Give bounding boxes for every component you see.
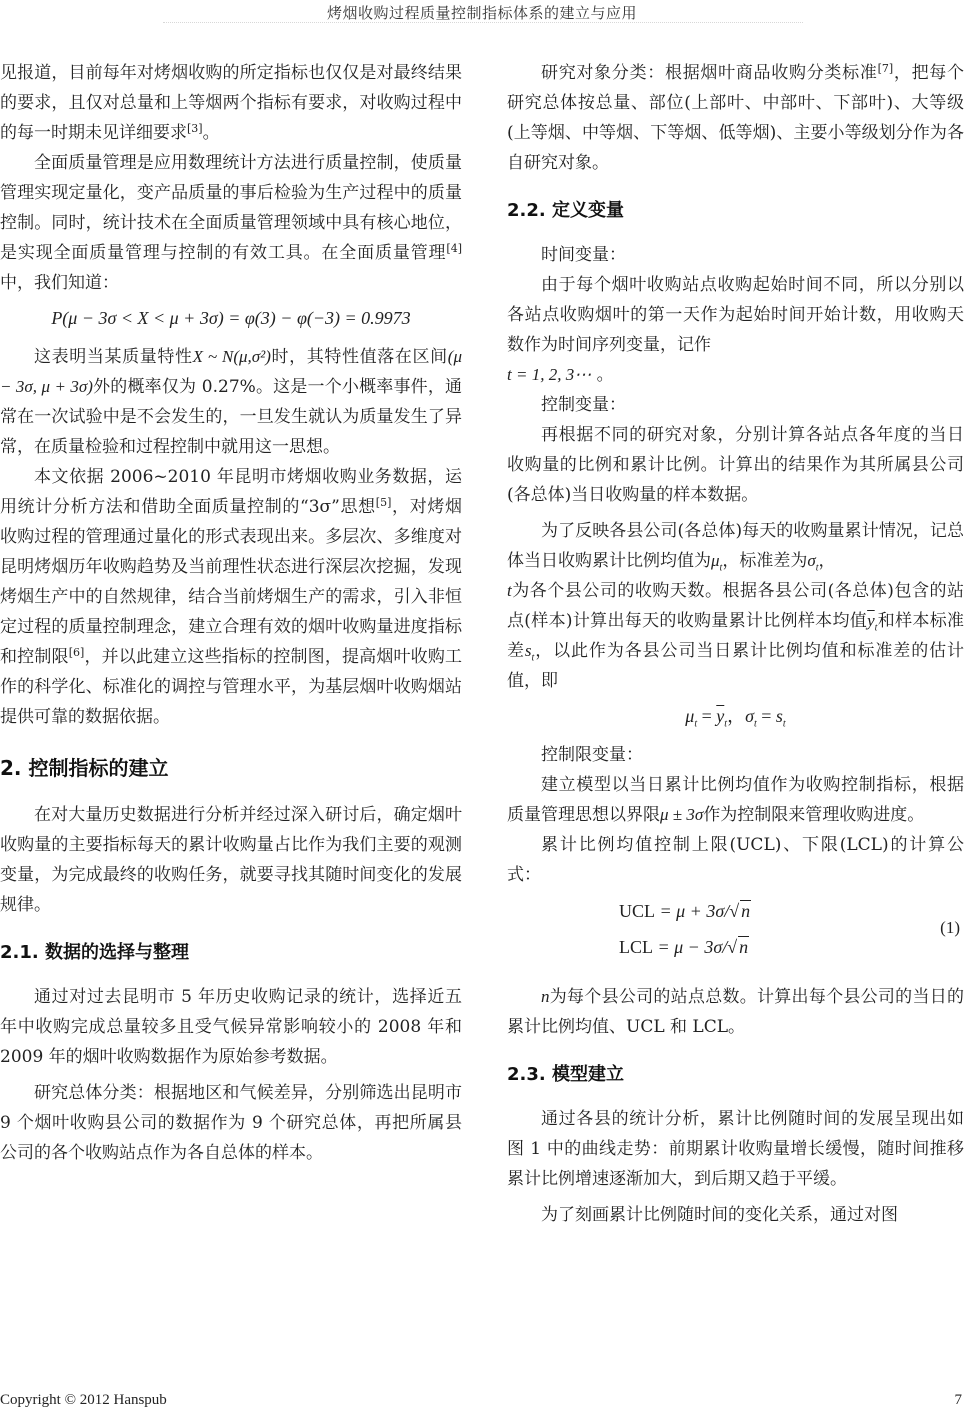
ucl-expression: = μ + 3σ/ bbox=[655, 901, 729, 921]
inline-math: X ~ N(μ,σ²) bbox=[193, 347, 271, 366]
equation-number: (1) bbox=[940, 918, 960, 938]
equation-estimates: μt = yt，σt = st bbox=[507, 698, 964, 734]
math-symbol: y bbox=[867, 611, 875, 630]
citation[interactable]: [5] bbox=[376, 496, 392, 509]
paragraph-text: 由于每个烟叶收购站点收购起始时间不同，所以分别以各站点收购烟叶的第一天作为起始时… bbox=[507, 275, 964, 355]
paragraph: 为了反映各县公司(各总体)每天的收购量累计情况，记总体当日收购累计比例均值为μt… bbox=[507, 516, 964, 696]
right-column: 研究对象分类：根据烟叶商品收购分类标准[7]，把每个研究总体按总量、部位(上部叶… bbox=[507, 58, 964, 1230]
label-control-variable: 控制变量： bbox=[507, 390, 964, 420]
citation[interactable]: [6] bbox=[69, 646, 85, 659]
math-operator: = bbox=[697, 706, 716, 726]
citation[interactable]: [4] bbox=[446, 242, 462, 255]
math-symbol: s bbox=[776, 706, 783, 726]
paragraph-text: 。 bbox=[591, 365, 613, 385]
left-column: 见报道，目前每年对烤烟收购的所定指标也仅仅是对最终结果的要求，且仅对总量和上等烟… bbox=[0, 58, 462, 1168]
equation-ucl: UCL = μ + 3σ/√n bbox=[619, 900, 751, 922]
equation-probability: P(μ − 3σ < X < μ + 3σ) = φ(3) − φ(−3) = … bbox=[0, 300, 462, 336]
math-symbol: μ bbox=[685, 706, 694, 726]
math-symbol: μ bbox=[711, 551, 720, 570]
math-symbol: σ bbox=[745, 706, 754, 726]
inline-math: μ ± 3σ bbox=[660, 805, 703, 824]
paragraph: 研究对象分类：根据烟叶商品收购分类标准[7]，把每个研究总体按总量、部位(上部叶… bbox=[507, 58, 964, 178]
equation-lcl: LCL = μ − 3σ/√n bbox=[619, 936, 749, 958]
sqrt-icon: √ bbox=[729, 901, 739, 921]
subsection-heading: 2.3. 模型建立 bbox=[507, 1062, 964, 1088]
paragraph: 见报道，目前每年对烤烟收购的所定指标也仅仅是对最终结果的要求，且仅对总量和上等烟… bbox=[0, 58, 462, 148]
paragraph: 为了刻画累计比例随时间的变化关系，通过对图 bbox=[507, 1200, 964, 1230]
paragraph-text: 作为控制限来管理收购进度。 bbox=[703, 805, 924, 825]
sqrt-radicand: n bbox=[738, 936, 749, 958]
paragraph-text: 研究对象分类：根据烟叶商品收购分类标准 bbox=[541, 63, 878, 83]
paragraph-text: ， bbox=[819, 551, 836, 571]
paragraph-text: 这表明当某质量特性 bbox=[34, 347, 193, 367]
citation[interactable]: [7] bbox=[878, 62, 894, 75]
lcl-label: LCL bbox=[619, 937, 653, 957]
paragraph-text: 见报道，目前每年对烤烟收购的所定指标也仅仅是对最终结果的要求，且仅对总量和上等烟… bbox=[0, 63, 462, 143]
paragraph: 研究总体分类：根据地区和气候差异，分别筛选出昆明市 9 个烟叶收购县公司的数据作… bbox=[0, 1078, 462, 1168]
paragraph-text: 全面质量管理是应用数理统计方法进行质量控制，使质量管理实现定量化，变产品质量的事… bbox=[0, 153, 462, 263]
lcl-expression: = μ − 3σ/ bbox=[653, 937, 727, 957]
paragraph: 由于每个烟叶收购站点收购起始时间不同，所以分别以各站点收购烟叶的第一天作为起始时… bbox=[507, 270, 964, 390]
paragraph-text: ，标准差为 bbox=[722, 551, 807, 571]
sqrt-icon: √ bbox=[727, 937, 737, 957]
math-symbol: s bbox=[525, 641, 532, 660]
paragraph-text: 。 bbox=[203, 123, 220, 143]
header-rule bbox=[163, 22, 803, 23]
paragraph-text: ，并以此建立这些指标的控制图，提高烟叶收购工作的科学化、标准化的调控与管理水平，… bbox=[0, 647, 462, 727]
page-number: 7 bbox=[955, 1392, 963, 1409]
inline-math: t = 1, 2, 3⋯ bbox=[507, 365, 591, 384]
paragraph: 建立模型以当日累计比例均值作为收购控制指标，根据质量管理思想以界限μ ± 3σ作… bbox=[507, 770, 964, 830]
subsection-heading: 2.1. 数据的选择与整理 bbox=[0, 940, 462, 966]
math-subscript: t bbox=[783, 719, 786, 730]
inline-math: n bbox=[541, 987, 550, 1006]
paragraph-text: ，以此作为各县公司当日累计比例均值和标准差的估计值，即 bbox=[507, 641, 964, 691]
inline-math: σt bbox=[807, 551, 818, 570]
paragraph: 这表明当某质量特性X ~ N(μ,σ²)时，其特性值落在区间(μ − 3σ, μ… bbox=[0, 342, 462, 462]
inline-math: st bbox=[525, 641, 534, 660]
label-limit-variable: 控制限变量： bbox=[507, 740, 964, 770]
inline-math: μt bbox=[711, 551, 722, 570]
paragraph: 本文依据 2006~2010 年昆明市烤烟收购业务数据，运用统计分析方法和借助全… bbox=[0, 462, 462, 732]
paragraph: 通过对过去昆明市 5 年历史收购记录的统计，选择近五年中收购完成总量较多且受气候… bbox=[0, 982, 462, 1072]
paragraph: 再根据不同的研究对象，分别计算各站点各年度的当日收购量的比例和累计比例。计算出的… bbox=[507, 420, 964, 510]
math-symbol: σ bbox=[807, 551, 815, 570]
equation-control-limits: UCL = μ + 3σ/√n LCL = μ − 3σ/√n (1) bbox=[507, 896, 964, 974]
paragraph-text: 中，我们知道： bbox=[0, 273, 119, 293]
paragraph-text: 为每个县公司的站点总数。计算出每个县公司的当日的累计比例均值、UCL 和 LCL… bbox=[507, 987, 964, 1037]
ucl-label: UCL bbox=[619, 901, 655, 921]
paragraph: 在对大量历史数据进行分析并经过深入研讨后，确定烟叶收购量的主要指标每天的累计收购… bbox=[0, 800, 462, 920]
copyright-notice: Copyright © 2012 Hanspub bbox=[0, 1392, 167, 1409]
citation[interactable]: [3] bbox=[187, 122, 203, 135]
sqrt-radicand: n bbox=[740, 900, 751, 922]
running-title: 烤烟收购过程质量控制指标体系的建立与应用 bbox=[0, 2, 964, 23]
paragraph: n为每个县公司的站点总数。计算出每个县公司的当日的累计比例均值、UCL 和 LC… bbox=[507, 982, 964, 1042]
inline-math: yt bbox=[867, 611, 877, 630]
paragraph: 累计比例均值控制上限(UCL)、下限(LCL)的计算公式： bbox=[507, 830, 964, 890]
paragraph: 全面质量管理是应用数理统计方法进行质量控制，使质量管理实现定量化，变产品质量的事… bbox=[0, 148, 462, 298]
math-operator: ， bbox=[727, 706, 745, 726]
subsection-heading: 2.2. 定义变量 bbox=[507, 198, 964, 224]
paragraph-text: ，对烤烟收购过程的管理通过量化的形式表现出来。多层次、多维度对昆明烤烟历年收购趋… bbox=[0, 497, 462, 667]
paragraph-text: 时，其特性值落在区间 bbox=[271, 347, 448, 367]
math-operator: = bbox=[757, 706, 776, 726]
label-time-variable: 时间变量： bbox=[507, 240, 964, 270]
section-heading: 2. 控制指标的建立 bbox=[0, 754, 462, 782]
paragraph: 通过各县的统计分析，累计比例随时间的发展呈现出如图 1 中的曲线走势：前期累计收… bbox=[507, 1104, 964, 1194]
